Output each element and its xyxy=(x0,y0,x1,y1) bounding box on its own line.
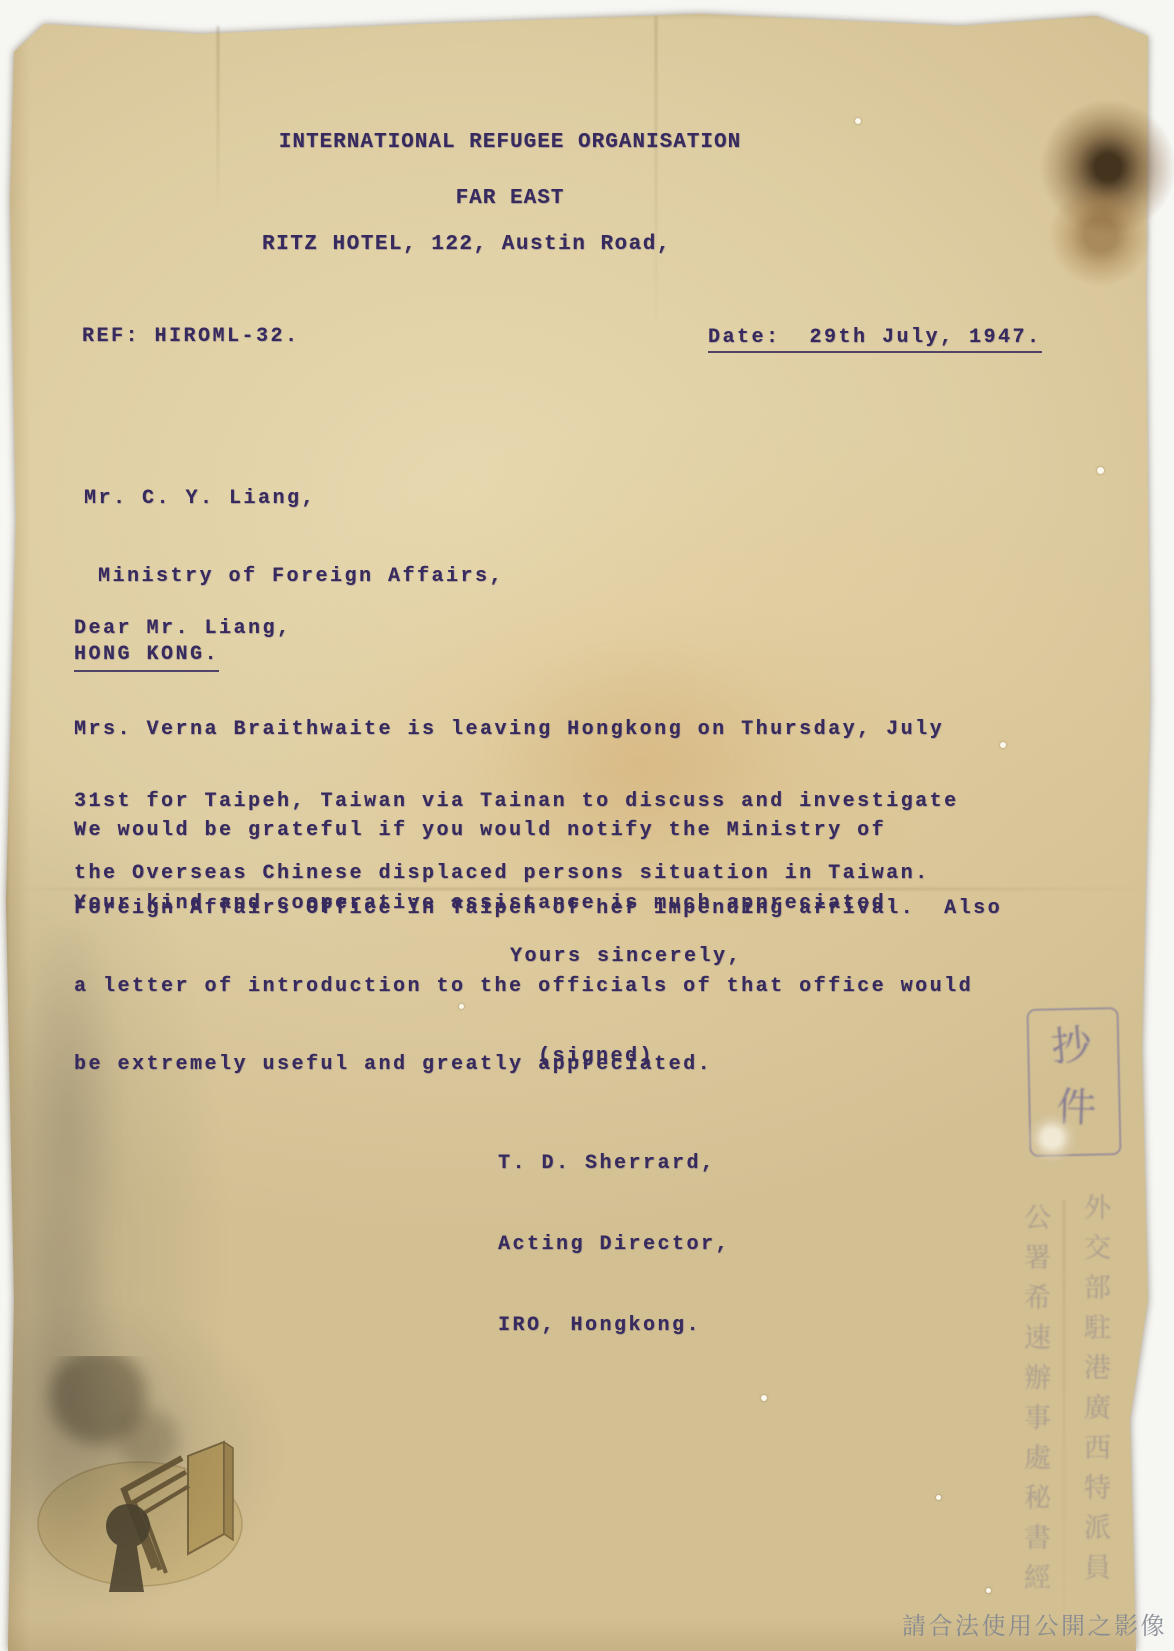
body-paragraph-3: Your kind and cooperative assistance is … xyxy=(74,892,901,915)
signature-block: T. D. Sherrard, Acting Director, IRO, Ho… xyxy=(498,1096,730,1393)
signatory-title: Acting Director, xyxy=(498,1231,730,1258)
stamp-column-left: 公署希速辦事處秘書經 xyxy=(1016,1203,1055,1603)
recipient-org: Ministry of Foreign Affairs, xyxy=(74,564,504,590)
date-text: Date: 29th July, 1947. xyxy=(708,326,1042,353)
ref-line: REF: HIROML-32. xyxy=(82,325,300,348)
scanned-letter: INTERNATIONAL REFUGEE ORGANISATION FAR E… xyxy=(0,0,1174,1651)
recipient-city: HONG KONG. xyxy=(74,642,219,672)
paper-speck xyxy=(761,1395,767,1401)
paper-speck xyxy=(986,1588,991,1593)
body-line: Mrs. Verna Braithwaite is leaving Hongko… xyxy=(74,718,959,742)
letterhead-division: FAR EAST xyxy=(250,187,770,210)
recipient-name: Mr. C. Y. Liang, xyxy=(74,486,504,512)
stamp-column-right: 外交部駐港廣西特派員 xyxy=(1076,1193,1115,1593)
body-line: a letter of introduction to the official… xyxy=(74,974,1002,1000)
paper-speck xyxy=(1097,467,1104,474)
letterhead-address: RITZ HOTEL, 122, Austin Road, xyxy=(262,233,671,256)
usage-watermark: 請合法使用公開之影像 xyxy=(902,1606,1167,1641)
salutation: Dear Mr. Liang, xyxy=(74,617,292,640)
stamp-character-top: 抄 xyxy=(1049,1012,1094,1072)
date-line: Date: 29th July, 1947. xyxy=(650,303,1042,376)
body-line: We would be grateful if you would notify… xyxy=(74,818,1002,844)
letterhead-org-name: INTERNATIONAL REFUGEE ORGANISATION xyxy=(250,131,770,154)
archive-logo xyxy=(36,1356,246,1596)
valediction: Yours sincerely, xyxy=(510,945,742,968)
copy-stamp: 抄 件 xyxy=(1026,1007,1121,1157)
signed-note: (signed) xyxy=(538,1045,654,1068)
paper-speck xyxy=(855,118,861,124)
signatory-name: T. D. Sherrard, xyxy=(498,1150,730,1177)
paper-speck xyxy=(1000,742,1006,748)
paper-speck xyxy=(936,1495,941,1500)
signatory-org: IRO, Hongkong. xyxy=(498,1312,730,1339)
stamp-character-bottom: 件 xyxy=(1056,1075,1098,1133)
